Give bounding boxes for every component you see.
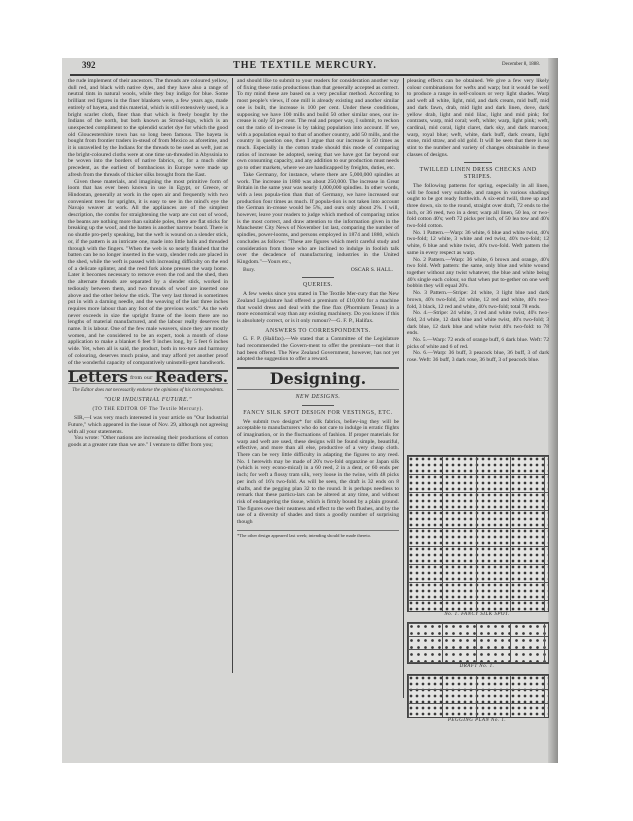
draft-grid	[407, 622, 549, 664]
readers-word: Readers.	[155, 374, 228, 381]
pattern-paragraph: No. 6.—Warp: 36 buff, 3 peacock blue, 36…	[407, 350, 549, 363]
letters-word: Letters	[68, 374, 128, 381]
figure-caption: PEGGING PLAN No. 1.	[407, 718, 547, 723]
letter-addressee: (TO THE EDITOR OF The Textile Mercury).	[68, 407, 228, 414]
designing-heading: Designing.	[237, 367, 399, 390]
pegging-plan-grid	[407, 674, 549, 718]
answer-text: G. F. P. (Halifax).—We stated that a Com…	[237, 336, 399, 363]
letter-signature: Bury. OSCAR S. HALL.	[243, 267, 393, 274]
column-2: and should like to submit to your reader…	[237, 78, 399, 703]
figure-caption: DRAFT No. 1.	[407, 664, 547, 669]
fancy-silk-spot-design-grid	[407, 455, 549, 612]
page-spine-shadow	[548, 58, 558, 763]
page-header: 392 THE TEXTILE MERCURY. December 8, 188…	[70, 60, 540, 74]
footnote: *The other design appeared last week; in…	[237, 530, 399, 539]
queries-heading: QUERIES.	[237, 282, 399, 289]
column-3: pleasing effects can be obtained. We giv…	[407, 78, 549, 408]
letter-paragraph: You wrote: "Other nations are increasing…	[68, 435, 228, 448]
query-text: A few weeks since you stated in The Text…	[237, 291, 399, 325]
article-paragraph: the rude implement of their ancestors. T…	[68, 78, 228, 179]
header-rule	[70, 74, 540, 76]
section-ornament	[302, 405, 334, 406]
pattern-paragraph: The following patterns for spring, espec…	[407, 183, 549, 230]
pattern-paragraph: No. 1 Pattern.—Warp: 36 white, 6 blue an…	[407, 230, 549, 257]
design-text: We submit two designs* for silk fabrics,…	[237, 419, 399, 526]
editor-disclaimer: The Editor does not necessarily endorse …	[68, 388, 228, 394]
signature-name: OSCAR S. HALL.	[351, 267, 393, 274]
column-1: the rude implement of their ancestors. T…	[68, 78, 228, 678]
article-paragraph: Given these materials, and imagining the…	[68, 179, 228, 367]
new-designs-subheading: NEW DESIGNS.	[237, 394, 399, 401]
figure-caption: No. 1. FANCY SILK SPOT.	[407, 612, 547, 617]
column-divider	[232, 78, 233, 673]
section-ornament	[464, 162, 492, 163]
pattern-paragraph: No. 4.—Stripe: 24 white, 3 red and white…	[407, 310, 549, 337]
signature-place: Bury.	[243, 267, 255, 274]
letter-paragraph: SIR,—I was very much interested in your …	[68, 415, 228, 435]
design-title: FANCY SILK SPOT DESIGN FOR VESTINGS, ETC…	[237, 410, 399, 417]
from-our-word: from our	[130, 375, 152, 381]
pattern-paragraph: No. 3 Pattern.—Stripe: 24 white, 3 light…	[407, 290, 549, 310]
article-paragraph: pleasing effects can be obtained. We giv…	[407, 78, 549, 158]
answers-heading: ANSWERS TO CORRESPONDENTS.	[237, 328, 399, 335]
letter-title: "OUR INDUSTRIAL FUTURE."	[68, 397, 228, 404]
letters-heading: Letters from our Readers.	[68, 370, 228, 384]
twilled-linen-heading: TWILLED LINEN DRESS CHECKS AND STRIPES.	[407, 167, 549, 180]
issue-date: December 8, 1888.	[502, 62, 540, 67]
letter-paragraph: Take Germany, for instance, where there …	[237, 172, 399, 266]
letter-paragraph: and should like to submit to your reader…	[237, 78, 399, 172]
section-ornament	[302, 277, 334, 278]
column-divider	[403, 78, 404, 698]
pattern-paragraph: No. 2 Pattern.—Warp: 36 white, 6 brown a…	[407, 257, 549, 291]
pattern-paragraph: No. 5.—Warp: 72 ends of orange buff, 6 d…	[407, 337, 549, 350]
masthead-title: THE TEXTILE MERCURY.	[70, 60, 540, 71]
